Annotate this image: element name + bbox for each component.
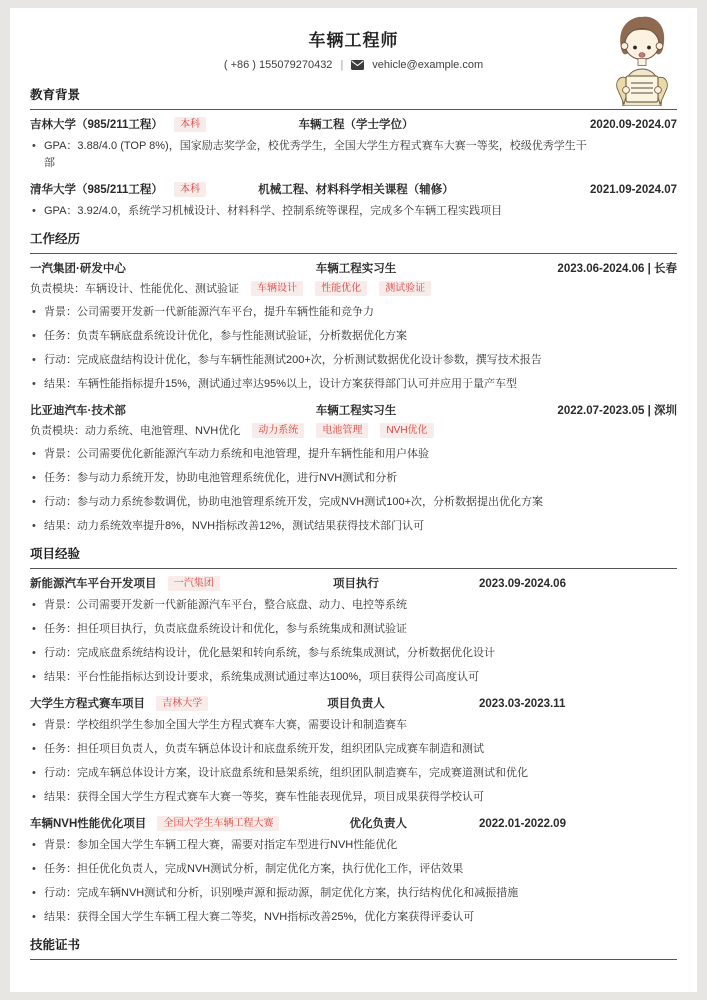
bullet-item: 任务：担任优化负责人，完成NVH测试分析，制定优化方案，执行优化工作，评估效果	[30, 861, 677, 878]
bullet-item: 任务：负责车辆底盘系统设计优化，参与性能测试验证，分析数据优化方案	[30, 328, 677, 345]
job-date-location: 2022.07-2023.05 | 深圳	[477, 403, 677, 420]
modules-text: 动力系统、电池管理、NVH优化	[85, 425, 240, 437]
section-heading-education: 教育背景	[30, 86, 677, 110]
project-name: 新能源汽车平台开发项目	[30, 578, 157, 590]
project-bullets: 背景：学校组织学生参加全国大学生方程式赛车大赛，需要设计和制造赛车 任务：担任项…	[30, 717, 677, 806]
bullet-item: 结果：获得全国大学生方程式赛车大赛一等奖，赛车性能表现优异，项目成果获得学校认可	[30, 789, 677, 806]
envelope-icon	[351, 60, 364, 70]
section-heading-projects: 项目经验	[30, 545, 677, 569]
education-entry-header: 吉林大学（985/211工程） 本科 车辆工程（学士学位） 2020.09-20…	[30, 117, 677, 134]
email-address: vehicle@example.com	[372, 56, 483, 74]
project-entry: 车辆NVH性能优化项目 全国大学生车辆工程大赛 优化负责人 2022.01-20…	[30, 816, 677, 926]
bullet-item: 行动：完成底盘系统结构设计，优化悬架和转向系统，参与系统集成测试，分析数据优化设…	[30, 645, 677, 662]
module-tag: 性能优化	[315, 281, 367, 296]
bullet-item: 行动：完成底盘结构设计优化，参与车辆性能测试200+次，分析测试数据优化设计参数…	[30, 352, 677, 369]
modules-label: 负责模块：	[30, 425, 85, 437]
project-entry-header: 新能源汽车平台开发项目 一汽集团 项目执行 2023.09-2024.06	[30, 576, 677, 593]
module-tag: 电池管理	[316, 423, 368, 438]
job-entry: 一汽集团·研发中心 车辆工程实习生 2023.06-2024.06 | 长春 负…	[30, 261, 677, 393]
project-date: 2022.01-2022.09	[477, 816, 677, 833]
modules-line: 负责模块：动力系统、电池管理、NVH优化 动力系统 电池管理 NVH优化	[30, 423, 677, 439]
contact-separator: |	[340, 56, 343, 74]
phone-number: ( +86 ) 155079270432	[224, 56, 333, 74]
project-date: 2023.03-2023.11	[477, 696, 677, 713]
section-skills: 技能证书	[30, 936, 677, 960]
education-entry-header: 清华大学（985/211工程） 本科 机械工程、材料科学相关课程（辅修） 202…	[30, 182, 677, 199]
bullet-item: 背景：公司需要开发新一代新能源汽车平台，提升车辆性能和竞争力	[30, 304, 677, 321]
modules-text: 车辆设计、性能优化、测试验证	[85, 283, 239, 295]
project-bullets: 背景：公司需要开发新一代新能源汽车平台，整合底盘、动力、电控等系统 任务：担任项…	[30, 597, 677, 686]
contact-line: ( +86 ) 155079270432 | vehicle@example.c…	[30, 56, 677, 74]
bullet-item: 行动：参与动力系统参数调优，协助电池管理系统开发，完成NVH测试100+次，分析…	[30, 494, 677, 511]
degree-badge: 本科	[174, 117, 206, 132]
bullet-item: 任务：担任项目执行，负责底盘系统设计和优化，参与系统集成和测试验证	[30, 621, 677, 638]
job-role: 车辆工程实习生	[235, 403, 477, 420]
bullet-item: 结果：获得全国大学生车辆工程大赛二等奖，NVH指标改善25%，优化方案获得评委认…	[30, 909, 677, 926]
section-work: 工作经历 一汽集团·研发中心 车辆工程实习生 2023.06-2024.06 |…	[30, 230, 677, 535]
project-org-tag: 吉林大学	[156, 696, 208, 711]
bullet-item: 任务：参与动力系统开发，协助电池管理系统优化，进行NVH测试和分析	[30, 470, 677, 487]
bullet-item: 结果：平台性能指标达到设计要求，系统集成测试通过率达100%，项目获得公司高度认…	[30, 669, 677, 686]
major-name: 机械工程、材料科学相关课程（辅修）	[235, 182, 477, 199]
project-name: 车辆NVH性能优化项目	[30, 818, 146, 830]
module-tag: NVH优化	[380, 423, 433, 438]
degree-badge: 本科	[174, 182, 206, 197]
project-bullets: 背景：参加全国大学生车辆工程大赛，需要对指定车型进行NVH性能优化 任务：担任优…	[30, 837, 677, 926]
major-name: 车辆工程（学士学位）	[235, 117, 477, 134]
page-title: 车辆工程师	[30, 28, 677, 54]
resume-page: 车辆工程师 ( +86 ) 155079270432 | vehicle@exa…	[10, 8, 697, 992]
project-entry: 新能源汽车平台开发项目 一汽集团 项目执行 2023.09-2024.06 背景…	[30, 576, 677, 686]
avatar	[609, 14, 675, 106]
module-tag: 车辆设计	[251, 281, 303, 296]
bullet-item: 背景：参加全国大学生车辆工程大赛，需要对指定车型进行NVH性能优化	[30, 837, 677, 854]
bullet-item: 结果：车辆性能指标提升15%，测试通过率达95%以上，设计方案获得部门认可并应用…	[30, 376, 677, 393]
bullet-item: 行动：完成车辆NVH测试和分析，识别噪声源和振动源，制定优化方案，执行结构优化和…	[30, 885, 677, 902]
project-entry: 大学生方程式赛车项目 吉林大学 项目负责人 2023.03-2023.11 背景…	[30, 696, 677, 806]
bullet-item: GPA：3.92/4.0，系统学习机械设计、材料科学、控制系统等课程，完成多个车…	[30, 203, 677, 220]
education-bullets: GPA：3.92/4.0，系统学习机械设计、材料科学、控制系统等课程，完成多个车…	[30, 203, 677, 220]
job-role: 车辆工程实习生	[235, 261, 477, 278]
company-name: 一汽集团·研发中心	[30, 261, 235, 278]
project-org-tag: 一汽集团	[168, 576, 220, 591]
company-name: 比亚迪汽车·技术部	[30, 403, 235, 420]
section-heading-skills: 技能证书	[30, 936, 677, 960]
section-projects: 项目经验 新能源汽车平台开发项目 一汽集团 项目执行 2023.09-2024.…	[30, 545, 677, 926]
bullet-item: 背景：学校组织学生参加全国大学生方程式赛车大赛，需要设计和制造赛车	[30, 717, 677, 734]
project-date: 2023.09-2024.06	[477, 576, 677, 593]
module-tag: 动力系统	[252, 423, 304, 438]
school-name: 吉林大学（985/211工程）	[30, 119, 163, 131]
job-entry: 比亚迪汽车·技术部 车辆工程实习生 2022.07-2023.05 | 深圳 负…	[30, 403, 677, 535]
modules-line: 负责模块：车辆设计、性能优化、测试验证 车辆设计 性能优化 测试验证	[30, 281, 677, 297]
date-range: 2021.09-2024.07	[477, 182, 677, 199]
project-name: 大学生方程式赛车项目	[30, 698, 145, 710]
modules-label: 负责模块：	[30, 283, 85, 295]
job-bullets: 背景：公司需要优化新能源汽车动力系统和电池管理，提升车辆性能和用户体验 任务：参…	[30, 446, 677, 535]
job-entry-header: 一汽集团·研发中心 车辆工程实习生 2023.06-2024.06 | 长春	[30, 261, 677, 278]
job-date-location: 2023.06-2024.06 | 长春	[477, 261, 677, 278]
project-entry-header: 车辆NVH性能优化项目 全国大学生车辆工程大赛 优化负责人 2022.01-20…	[30, 816, 677, 833]
project-role: 优化负责人	[279, 816, 477, 833]
bullet-item: 任务：担任项目负责人，负责车辆总体设计和底盘系统开发，组织团队完成赛车制造和测试	[30, 741, 677, 758]
bullet-item: GPA：3.88/4.0 (TOP 8%)，国家励志奖学金，校优秀学生，全国大学…	[30, 138, 589, 172]
module-tag: 测试验证	[379, 281, 431, 296]
job-entry-header: 比亚迪汽车·技术部 车辆工程实习生 2022.07-2023.05 | 深圳	[30, 403, 677, 420]
education-bullets: GPA：3.88/4.0 (TOP 8%)，国家励志奖学金，校优秀学生，全国大学…	[30, 138, 677, 172]
bullet-item: 结果：动力系统效率提升8%，NVH指标改善12%，测试结果获得技术部门认可	[30, 518, 677, 535]
school-name: 清华大学（985/211工程）	[30, 184, 163, 196]
section-education: 教育背景 吉林大学（985/211工程） 本科 车辆工程（学士学位） 2020.…	[30, 86, 677, 220]
project-role: 项目执行	[235, 576, 477, 593]
bullet-item: 背景：公司需要开发新一代新能源汽车平台，整合底盘、动力、电控等系统	[30, 597, 677, 614]
project-role: 项目负责人	[235, 696, 477, 713]
date-range: 2020.09-2024.07	[477, 117, 677, 134]
bullet-item: 行动：完成车辆总体设计方案，设计底盘系统和悬架系统，组织团队制造赛车，完成赛道测…	[30, 765, 677, 782]
job-bullets: 背景：公司需要开发新一代新能源汽车平台，提升车辆性能和竞争力 任务：负责车辆底盘…	[30, 304, 677, 393]
bullet-item: 背景：公司需要优化新能源汽车动力系统和电池管理，提升车辆性能和用户体验	[30, 446, 677, 463]
project-org-tag: 全国大学生车辆工程大赛	[157, 816, 279, 831]
section-heading-work: 工作经历	[30, 230, 677, 254]
project-entry-header: 大学生方程式赛车项目 吉林大学 项目负责人 2023.03-2023.11	[30, 696, 677, 713]
